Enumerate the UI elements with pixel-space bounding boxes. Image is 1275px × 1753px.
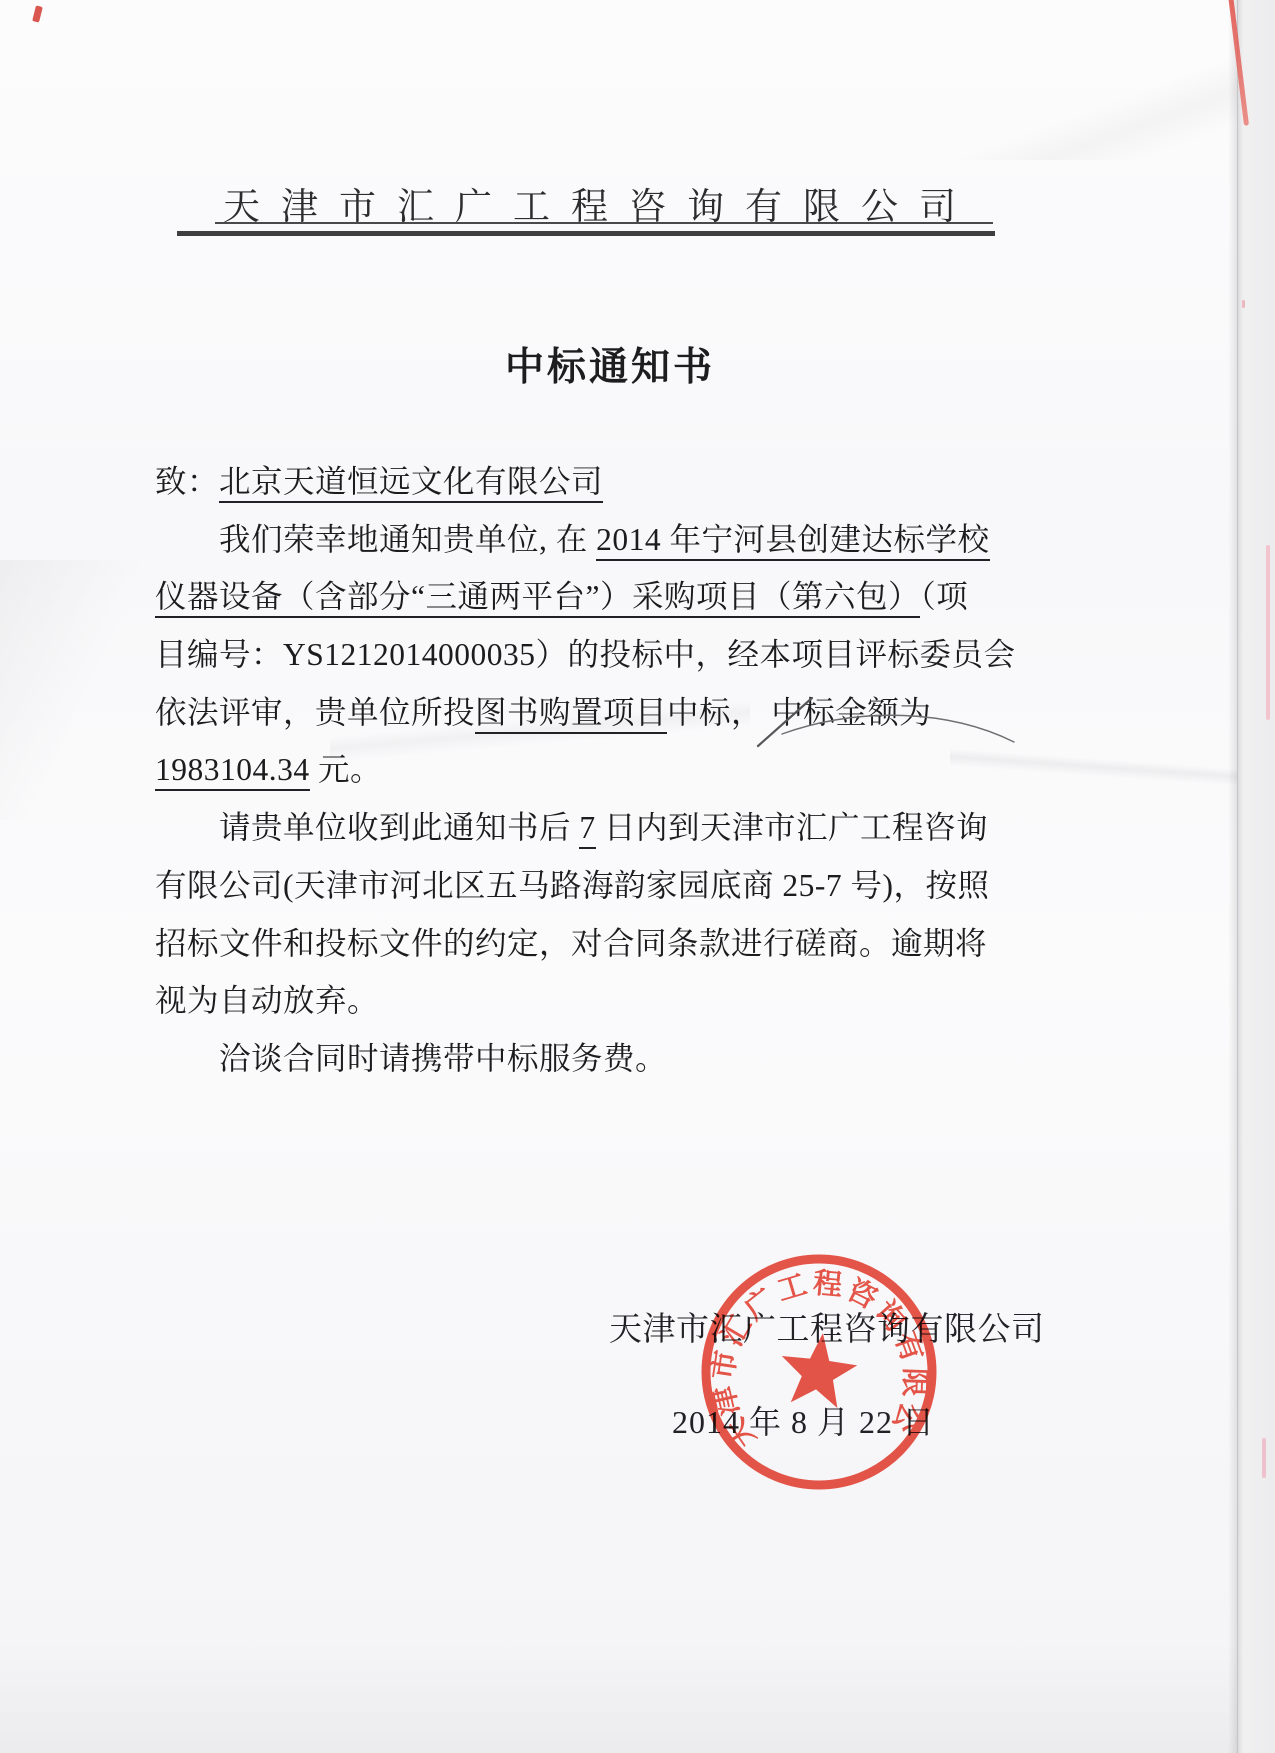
underlined-text: 1983104.34 (155, 752, 310, 791)
body-line: 1983104.34 元。 (155, 745, 995, 803)
text-segment: 中标， 中标金额为 (667, 695, 931, 730)
body-line: 有限公司(天津市河北区五马路海韵家园底商 25-7 号)，按照 (155, 861, 995, 919)
text-segment: 视为自动放弃。 (155, 983, 379, 1018)
underlined-text: 7 (579, 810, 595, 849)
body-line: 洽谈合同时请携带中标服务费。 (155, 1034, 995, 1092)
text-segment: （项 (920, 579, 968, 614)
body-line: 目编号：YS1212014000035）的投标中，经本项目评标委员会 (155, 630, 995, 688)
text-segment: 依法评审，贵单位所投 (155, 695, 475, 730)
text-segment: 我们荣幸地通知贵单位, 在 (219, 522, 596, 557)
text-segment: 洽谈合同时请携带中标服务费。 (219, 1041, 667, 1076)
seal-ring-text-holder: 天津市汇广工程咨询有限公司 (689, 1242, 931, 1454)
seal-ring-text: 天津市汇广工程咨询有限公司 (689, 1242, 931, 1454)
text-segment: 元。 (310, 752, 382, 787)
text-segment: 招标文件和投标文件的约定，对合同条款进行磋商。逾期将 (155, 926, 987, 961)
body-line: 仪器设备（含部分“三通两平台”）采购项目（第六包）（项 (155, 572, 995, 630)
body-line: 招标文件和投标文件的约定，对合同条款进行磋商。逾期将 (155, 919, 995, 977)
scanner-bed (1237, 0, 1275, 1753)
underlined-text: 仪器设备（含部分“三通两平台”）采购项目（第六包） (155, 579, 920, 618)
company-seal: 天津市汇广工程咨询有限公司 (689, 1242, 949, 1502)
text-segment: 日内到天津市汇广工程咨询 (596, 810, 988, 845)
page-title: 中标通知书 (150, 336, 1070, 392)
underlined-text: 2014 年宁河县创建达标学校 (596, 522, 989, 561)
letterhead-thick-rule (177, 231, 995, 236)
body-line: 我们荣幸地通知贵单位, 在 2014 年宁河县创建达标学校 (155, 515, 995, 573)
letterhead-thin-rule (215, 222, 993, 224)
text-segment: 致： (155, 464, 219, 499)
underlined-text: 图书购置项目 (475, 695, 667, 734)
text-segment: 请贵单位收到此通知书后 (219, 810, 579, 845)
text-segment: 目编号：YS1212014000035）的投标中，经本项目评标委员会 (155, 637, 1016, 672)
underlined-text: 北京天道恒远文化有限公司 (219, 464, 603, 503)
body-line: 依法评审，贵单位所投图书购置项目中标， 中标金额为 (155, 688, 995, 746)
seal-star (776, 1329, 860, 1410)
body-line: 请贵单位收到此通知书后 7 日内到天津市汇广工程咨询 (155, 803, 995, 861)
paper-edge-shadow (1228, 0, 1238, 1753)
text-segment: 有限公司(天津市河北区五马路海韵家园底商 25-7 号)，按照 (155, 868, 989, 903)
body-line: 视为自动放弃。 (155, 976, 995, 1034)
letter-body: 致：北京天道恒远文化有限公司我们荣幸地通知贵单位, 在 2014 年宁河县创建达… (155, 457, 995, 1092)
body-line: 致：北京天道恒远文化有限公司 (155, 457, 995, 515)
